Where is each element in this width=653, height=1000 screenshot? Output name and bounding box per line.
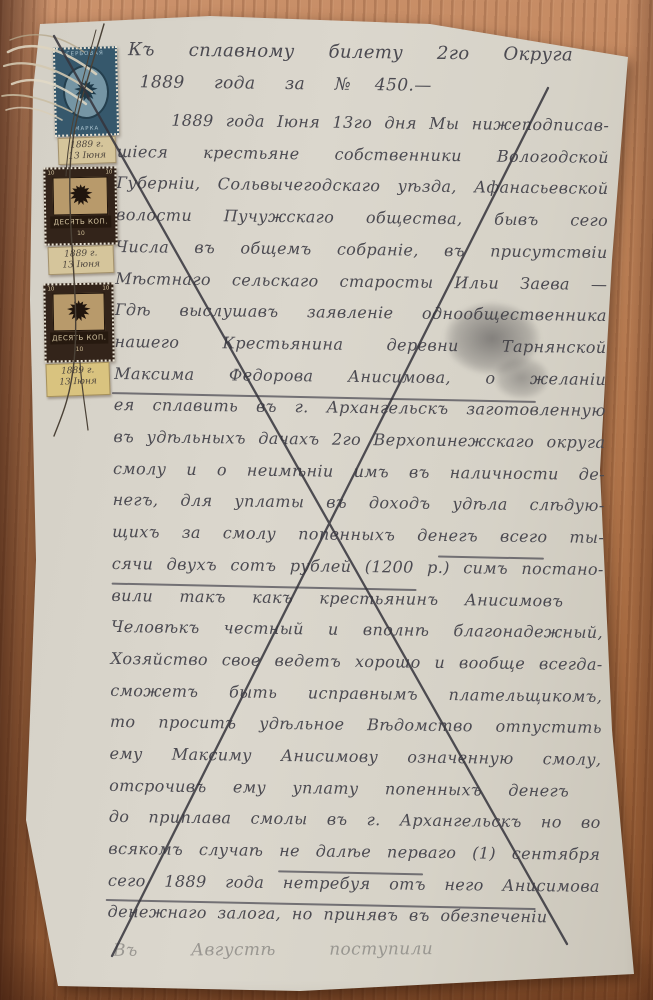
manuscript-line: волости Пучужскаго общества, бывъ сего [116,205,608,231]
manuscript-line: отсрочивъ ему уплату попенныхъ денегъ [109,776,569,802]
manuscript-line: ему Максиму Анисимову означенную смолу, [109,744,601,770]
manuscript-line: Хозяйство свое ведетъ хорошо и вообще вс… [111,649,603,675]
manuscript-line: то проситъ удѣльное Вѣдомство отпустить [110,712,602,738]
stamp-corner-value: 10 [47,286,54,292]
double-eagle-icon [73,78,100,105]
manuscript-line: всякомъ случаѣ не далѣе перваго (1) сент… [108,839,600,865]
stamp-inscription-top: ГЕРБОВАЯ [55,50,115,58]
revenue-stamp-blue: ГЕРБОВАЯ МАРКА [53,46,119,137]
stamp-date-day: 13 Іюня [49,259,113,272]
stamp-eagle-panel [52,177,108,216]
manuscript-line: щихъ за смолу попенныхъ денегъ всего ты- [112,522,604,548]
revenue-stamp-brown-2: 10 10 ДЕСЯТЬ КОП. 10 [43,282,114,362]
stamp-denomination: ДЕСЯТЬ КОП. [50,331,108,344]
stamp-eagle-panel [52,293,105,332]
manuscript-line: шіеся крестьяне собственники Вологодской [117,142,609,168]
stamp-corner-value: 10 [105,169,112,175]
manuscript-line: негъ, для уплаты въ доходъ удѣла слѣдую- [113,490,605,516]
stamp-corner-value: 10 [47,170,54,176]
stamp-date-tab: 1889 г. 13 Іюня [48,245,115,275]
stamp-date-tab: 1889 г. 13 Іюня [45,362,110,397]
manuscript-line: Губерніи, Сольвычегодскаго уѣзда, Афанас… [116,173,608,199]
manuscript-line: сего 1889 года нетребуя отъ него Анисимо… [108,871,600,897]
ink-blot-small [494,357,550,400]
stamp-date-day: 13 Іюня [59,150,115,163]
manuscript-line: 1889 года Іюня 13го дня Мы нижеподписав- [171,111,609,136]
photo-scene: Къ сплавному билету 2го Округа 1889 года… [0,0,653,1000]
manuscript-line: до приплава смолы въ г. Архангельскъ но … [109,807,601,833]
manuscript-line: въ удѣльныхъ дачахъ 2го Верхопинежскаго … [113,427,605,453]
stamp-denomination: ДЕСЯТЬ КОП. [50,215,111,228]
revenue-stamp-brown-1: 10 10 ДЕСЯТЬ КОП. 10 [43,166,117,245]
manuscript-line: сможетъ быть исправнымъ плательщикомъ, [110,681,602,707]
manuscript-line: денежнаго залога, но принявъ въ обезпече… [107,902,547,927]
double-eagle-icon [66,299,92,325]
stamp-small-value: 10 [46,229,115,237]
manuscript-line: Мѣстнаго сельскаго старосты Ильи Заева — [115,269,607,295]
manuscript-line: Человѣкъ честный и вполнѣ благонадежный, [111,617,603,643]
double-eagle-icon [67,183,93,209]
stamp-date-tab: 1889 г. 13 Іюня [58,136,117,165]
stamp-corner-value: 10 [102,285,109,291]
stamp-inscription-bottom: МАРКА [57,125,117,133]
manuscript-line: вили такъ какъ крестьянинъ Анисимовъ [111,586,563,612]
header-line-1: Къ сплавному билету 2го Округа [128,40,573,65]
stamp-center-oval [62,64,109,119]
manuscript-line: Числа въ общемъ собраніе, въ присутствіи [116,237,608,263]
header-line-2: 1889 года за №450.— [140,72,432,96]
pencil-note: Въ Августѣ поступили [113,939,433,961]
stamp-small-value: 10 [46,345,112,353]
stamp-date-day: 13 Іюня [47,376,109,389]
manuscript-line: смолу и о неимѣніи имъ въ наличности де- [113,459,605,485]
